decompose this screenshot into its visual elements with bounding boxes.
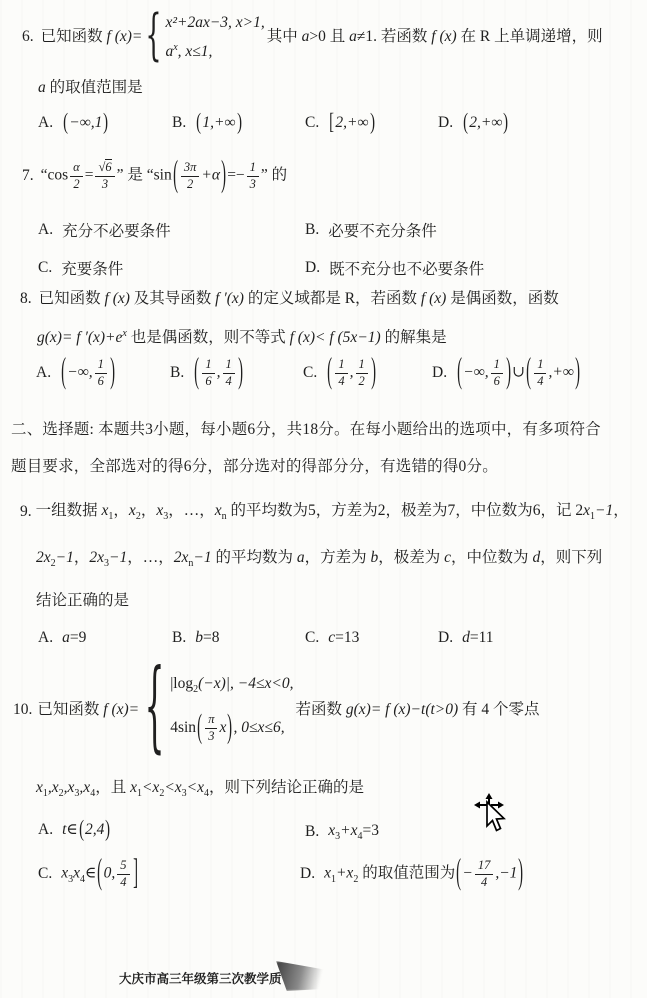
math-token: f (x)= bbox=[103, 701, 139, 718]
math-token: −1 bbox=[109, 549, 127, 566]
option-text: 必要不充分条件 bbox=[328, 219, 437, 241]
math-token: 的平均数为5，方差为2，极差为7，中位数为6，记 2 bbox=[227, 502, 584, 519]
math-token: ， bbox=[141, 502, 157, 519]
question-6-intro: 已知函数 f (x)= bbox=[41, 27, 143, 47]
math-token: ) bbox=[371, 352, 376, 393]
math-token: 的定义域都是 R，若函数 bbox=[244, 290, 421, 307]
math-token: x bbox=[215, 502, 222, 519]
option-label: C. bbox=[305, 629, 319, 647]
math-token: ( bbox=[526, 352, 531, 393]
q9-option-c: C. c=13 bbox=[305, 629, 359, 647]
math-token: , bbox=[350, 364, 354, 381]
question-9-number: 9. bbox=[20, 502, 32, 522]
math-token: ” 的 bbox=[261, 167, 287, 184]
math-token: 的取值范围为 bbox=[358, 865, 455, 882]
math-token: ，…， bbox=[127, 549, 174, 566]
math-token: ( bbox=[197, 678, 202, 779]
math-token: f ′(x) bbox=[215, 290, 244, 307]
math-token: 2x bbox=[174, 549, 189, 566]
math-token: [ bbox=[329, 110, 334, 137]
math-token: 14 bbox=[534, 357, 546, 389]
math-token: =3 bbox=[362, 822, 379, 839]
math-token: f (x)< f (5x−1) bbox=[290, 329, 381, 346]
option-value: x3+x4=3 bbox=[328, 822, 379, 842]
math-token: −1 bbox=[595, 502, 613, 519]
option-value: (16,14) bbox=[193, 357, 244, 389]
math-token: ，中位数为 bbox=[451, 549, 532, 566]
math-token: 174 bbox=[475, 858, 494, 890]
question-10-cases: |log2(−x)|, −4≤x<0, 4sin(π3x), 0≤x≤6, bbox=[170, 669, 293, 752]
math-token: 也是偶函数，则不等式 bbox=[127, 329, 290, 346]
question-9-line-1: 9. 一组数据 x1，x2，x3，…，xn 的平均数为5，方差为2，极差为7，中… bbox=[20, 501, 629, 523]
math-token: b bbox=[195, 629, 203, 646]
question-7-line: 7. “cosα2=√63” 是 “sin(3π2+α)=−13” 的 bbox=[22, 160, 287, 192]
math-token: <x bbox=[187, 779, 204, 796]
math-token: ， bbox=[113, 502, 129, 519]
math-token: 16 bbox=[95, 357, 107, 389]
question-9-line-2: 2x2−1，2x3−1，…，2xn−1 的平均数为 a，方差为 b，极差为 c，… bbox=[36, 548, 602, 570]
math-token: (−x)|, −4≤x<0, bbox=[198, 675, 293, 692]
math-token: 在 R 上单调递增，则 bbox=[457, 28, 603, 45]
math-token: 2,+∞ bbox=[335, 114, 368, 131]
math-token: 14 bbox=[335, 357, 347, 389]
math-token: <x bbox=[164, 779, 181, 796]
math-token: x bbox=[36, 779, 43, 796]
math-token: ( bbox=[463, 110, 468, 137]
option-value: (−∞,16) bbox=[60, 357, 116, 389]
math-token: ) bbox=[221, 152, 226, 201]
question-6-line-1: 6. 已知函数 f (x)= { x²+2ax−3, x>1, ax, x≤1,… bbox=[22, 10, 603, 64]
math-token: +α bbox=[201, 167, 220, 184]
math-token: ) bbox=[104, 110, 109, 137]
math-token: , x≤1, bbox=[178, 43, 213, 60]
option-label: D. bbox=[300, 865, 315, 883]
math-token: ， bbox=[613, 502, 629, 519]
math-token: 2x bbox=[36, 549, 51, 566]
q6-option-c: C. [2,+∞) bbox=[305, 114, 376, 132]
math-token: ( bbox=[194, 352, 199, 393]
option-label: B. bbox=[170, 364, 184, 382]
math-token: 及其导函数 bbox=[130, 290, 215, 307]
math-token: ) bbox=[575, 352, 580, 393]
math-token: ，极差为 bbox=[378, 549, 444, 566]
math-token: −∞, bbox=[463, 364, 488, 381]
option-text: 充分不必要条件 bbox=[62, 219, 171, 241]
math-token: ，则下列结论正确的是 bbox=[209, 779, 364, 796]
math-token: −∞,1 bbox=[69, 114, 102, 131]
question-6-piecewise: { x²+2ax−3, x>1, ax, x≤1, bbox=[144, 10, 264, 64]
option-value: (2,+∞) bbox=[462, 114, 509, 132]
math-token: ，…， bbox=[168, 502, 215, 519]
question-10-line-1: 10. 已知函数 f (x)= { |log2(−x)|, −4≤x<0, 4s… bbox=[13, 658, 540, 762]
math-token: x bbox=[130, 779, 137, 796]
q8-option-c: C. (14,12) bbox=[303, 357, 377, 389]
math-token: =8 bbox=[203, 629, 220, 646]
option-value: (−∞,1) bbox=[62, 114, 109, 132]
math-token: a bbox=[62, 629, 70, 646]
question-7-number: 7. bbox=[22, 166, 34, 186]
option-label: C. bbox=[38, 259, 52, 277]
option-label: D. bbox=[432, 364, 447, 382]
q6-option-a: A. (−∞,1) bbox=[38, 114, 110, 132]
q8-option-a: A. (−∞,16) bbox=[36, 357, 116, 389]
math-token: ( bbox=[457, 352, 462, 393]
option-value: (−∞,16)∪(14,+∞) bbox=[456, 357, 581, 389]
math-token: ] bbox=[133, 853, 138, 894]
math-token: 12 bbox=[356, 357, 368, 389]
math-token: <x bbox=[142, 779, 159, 796]
math-token: ) bbox=[504, 110, 509, 137]
math-token: t∈ bbox=[62, 821, 78, 838]
math-token: ” 是 “sin bbox=[117, 167, 172, 184]
math-token: ) bbox=[110, 352, 115, 393]
math-token: ，则下列 bbox=[540, 549, 602, 566]
option-label: B. bbox=[305, 221, 319, 239]
option-value: (14,12) bbox=[326, 357, 377, 389]
math-token: ( bbox=[196, 110, 201, 137]
math-token: 的取值范围是 bbox=[46, 79, 143, 96]
exam-page: 6. 已知函数 f (x)= { x²+2ax−3, x>1, ax, x≤1,… bbox=[0, 0, 647, 998]
q7-option-a: A. 充分不必要条件 bbox=[38, 219, 171, 241]
question-10-piecewise: { |log2(−x)|, −4≤x<0, 4sin(π3x), 0≤x≤6, bbox=[141, 669, 293, 752]
q7-option-d: D. 既不充分也不必要条件 bbox=[305, 257, 484, 279]
math-token: 13 bbox=[247, 160, 259, 192]
option-label: A. bbox=[36, 364, 51, 382]
math-token: ) bbox=[237, 110, 242, 137]
q7-option-b: B. 必要不充分条件 bbox=[305, 219, 437, 241]
q10-option-a: A. t∈(2,4) bbox=[38, 820, 112, 839]
math-token: f (x) bbox=[105, 290, 130, 307]
math-token: 的解集是 bbox=[381, 329, 447, 346]
math-token: ( bbox=[79, 817, 84, 844]
math-token: ( bbox=[63, 110, 68, 137]
math-token: f (x)= bbox=[107, 28, 143, 45]
option-label: B. bbox=[172, 629, 186, 647]
option-label: B. bbox=[305, 823, 319, 841]
math-token: ∈ bbox=[85, 865, 96, 882]
question-6-line-2: a 的取值范围是 bbox=[38, 78, 143, 98]
math-token: ,+∞ bbox=[548, 364, 573, 381]
math-token: >0 且 bbox=[309, 28, 349, 45]
math-token: 54 bbox=[117, 858, 129, 890]
option-value: a=9 bbox=[62, 629, 86, 647]
question-7-statement: “cosα2=√63” 是 “sin(3π2+α)=−13” 的 bbox=[41, 160, 288, 192]
math-token: =− bbox=[227, 167, 244, 184]
question-8-statement-1: 已知函数 f (x) 及其导函数 f ′(x) 的定义域都是 R，若函数 f (… bbox=[39, 289, 559, 309]
page-footer: 大庆市高三年级第三次教学质 bbox=[119, 969, 282, 987]
math-token: x bbox=[73, 865, 80, 882]
option-label: A. bbox=[38, 114, 53, 132]
math-token: ,x bbox=[64, 779, 75, 796]
math-token: d bbox=[462, 629, 470, 646]
option-text: 充要条件 bbox=[61, 257, 123, 279]
math-token: g(x)= f (x)−t(t>0) bbox=[346, 701, 458, 718]
math-token: −1 bbox=[193, 549, 211, 566]
question-10-intro: 已知函数 f (x)= bbox=[37, 700, 139, 720]
math-token: a bbox=[297, 549, 305, 566]
math-token: x bbox=[324, 865, 331, 882]
question-6-condition: 其中 a>0 且 a≠1. 若函数 f (x) 在 R 上单调递增，则 bbox=[267, 27, 603, 47]
question-6-line-2-text: a 的取值范围是 bbox=[38, 79, 143, 96]
math-token: 已知函数 bbox=[37, 701, 103, 718]
option-value: c=13 bbox=[328, 629, 359, 647]
math-token: =9 bbox=[70, 629, 87, 646]
page-curl-shadow bbox=[276, 961, 330, 991]
math-token: ，且 bbox=[95, 779, 130, 796]
math-token: ) bbox=[519, 853, 524, 894]
math-token: +x bbox=[336, 865, 353, 882]
question-10-statement-2: x1,x2,x3,x4，且 x1<x2<x3<x4，则下列结论正确的是 bbox=[36, 779, 364, 796]
option-value: (1,+∞) bbox=[195, 114, 242, 132]
q8-option-d: D. (−∞,16)∪(14,+∞) bbox=[432, 357, 581, 389]
section-2-header-line-2: 题目要求，全部选对的得6分，部分选对的得部分分，有选错的得0分。 bbox=[11, 454, 498, 476]
option-label: D. bbox=[438, 629, 453, 647]
math-token: f (x) bbox=[421, 290, 446, 307]
math-token: ) bbox=[506, 352, 511, 393]
math-token: ) bbox=[106, 817, 111, 844]
question-8-number: 8. bbox=[20, 289, 32, 309]
math-token: ， bbox=[74, 549, 90, 566]
option-label: A. bbox=[38, 821, 53, 839]
math-token: −1 bbox=[56, 549, 74, 566]
math-token: ) bbox=[238, 352, 243, 393]
question-9-statement-1: 一组数据 x1，x2，x3，…，xn 的平均数为5，方差为2，极差为7，中位数为… bbox=[36, 501, 629, 523]
math-token: ( bbox=[98, 853, 103, 894]
math-token: π3 bbox=[205, 712, 217, 744]
math-token: ,x bbox=[79, 779, 90, 796]
option-value: d=11 bbox=[462, 629, 493, 647]
math-token: α2 bbox=[70, 160, 83, 192]
option-label: B. bbox=[172, 114, 186, 132]
math-token: 一组数据 bbox=[36, 502, 102, 519]
q9-option-b: B. b=8 bbox=[172, 629, 219, 647]
option-label: A. bbox=[38, 629, 53, 647]
q10-option-c: C. x3x4∈(0,54] bbox=[38, 858, 139, 890]
q9-option-d: D. d=11 bbox=[438, 629, 494, 647]
math-token: |log bbox=[170, 675, 193, 692]
q7-option-c: C. 充要条件 bbox=[38, 257, 123, 279]
question-9-line-3: 结论正确的是 bbox=[36, 591, 129, 611]
math-token: 16 bbox=[202, 357, 214, 389]
q8-option-b: B. (16,14) bbox=[170, 357, 244, 389]
option-value: x3x4∈(0,54] bbox=[61, 858, 138, 890]
question-6-number: 6. bbox=[22, 27, 34, 47]
math-token: ) bbox=[228, 678, 233, 779]
math-token: 已知函数 bbox=[39, 290, 105, 307]
math-token: 是偶函数，函数 bbox=[446, 290, 558, 307]
question-6-cases: x²+2ax−3, x>1, ax, x≤1, bbox=[165, 10, 264, 64]
option-label: D. bbox=[305, 259, 320, 277]
question-10-condition: 若函数 g(x)= f (x)−t(t>0) 有 4 个零点 bbox=[295, 700, 539, 720]
math-token: x bbox=[583, 502, 590, 519]
question-9-statement-2: 2x2−1，2x3−1，…，2xn−1 的平均数为 a，方差为 b，极差为 c，… bbox=[36, 549, 602, 566]
mouse-cursor bbox=[470, 791, 516, 839]
math-token: ,x bbox=[48, 779, 59, 796]
math-token: 有 4 个零点 bbox=[458, 701, 539, 718]
q10-option-b: B. x3+x4=3 bbox=[305, 822, 379, 842]
question-10-number: 10. bbox=[13, 700, 32, 720]
option-label: C. bbox=[38, 865, 52, 883]
math-token: ( bbox=[456, 853, 461, 894]
math-token: 2,+∞ bbox=[469, 114, 502, 131]
question-8-statement-2: g(x)= f ′(x)+ex 也是偶函数，则不等式 f (x)< f (5x−… bbox=[37, 329, 447, 346]
question-10-line-2: x1,x2,x3,x4，且 x1<x2<x3<x4，则下列结论正确的是 bbox=[36, 778, 364, 800]
math-token: 16 bbox=[491, 357, 503, 389]
math-token: 14 bbox=[223, 357, 235, 389]
math-token: x bbox=[219, 719, 226, 736]
left-brace: { bbox=[146, 9, 162, 65]
option-text: 既不充分也不必要条件 bbox=[329, 257, 484, 279]
question-6-case-2: ax, x≤1, bbox=[165, 35, 264, 64]
math-token: ，方差为 bbox=[305, 549, 371, 566]
math-token: −∞, bbox=[67, 364, 92, 381]
option-value: b=8 bbox=[195, 629, 219, 647]
math-token: +x bbox=[340, 822, 357, 839]
math-token: √63 bbox=[95, 160, 114, 192]
question-8-line-2: g(x)= f ′(x)+ex 也是偶函数，则不等式 f (x)< f (5x−… bbox=[37, 327, 447, 349]
math-token: 2x bbox=[89, 549, 104, 566]
q9-option-a: A. a=9 bbox=[38, 629, 86, 647]
math-token: 的平均数为 bbox=[212, 549, 297, 566]
math-token: ∪ bbox=[512, 364, 525, 381]
math-token: c bbox=[444, 549, 451, 566]
math-token: − bbox=[462, 865, 472, 882]
math-token: g(x)= f ′(x)+e bbox=[37, 329, 122, 346]
option-value: [2,+∞) bbox=[328, 114, 375, 132]
math-token: =13 bbox=[335, 629, 359, 646]
math-token: f (x) bbox=[431, 28, 456, 45]
question-10-case-2: 4sin(π3x), 0≤x≤6, bbox=[170, 705, 293, 751]
math-token: =11 bbox=[470, 629, 494, 646]
math-token: 1,+∞ bbox=[202, 114, 235, 131]
math-token: 若函数 bbox=[295, 701, 345, 718]
option-label: C. bbox=[305, 114, 319, 132]
math-token: x²+2ax−3, x>1, bbox=[165, 14, 264, 31]
q6-option-b: B. (1,+∞) bbox=[172, 114, 243, 132]
option-value: t∈(2,4) bbox=[62, 820, 112, 839]
option-label: C. bbox=[303, 364, 317, 382]
q6-option-d: D. (2,+∞) bbox=[438, 114, 510, 132]
math-token: ( bbox=[61, 352, 66, 393]
math-token: x bbox=[129, 502, 136, 519]
math-token: 2,4 bbox=[85, 821, 104, 838]
math-token: a bbox=[349, 28, 357, 45]
math-token: 0, bbox=[104, 865, 116, 882]
math-token: a bbox=[38, 79, 46, 96]
math-token: “cos bbox=[41, 167, 69, 184]
math-token: 其中 bbox=[267, 28, 302, 45]
option-label: D. bbox=[438, 114, 453, 132]
option-value: x1+x2 的取值范围为(−174,−1) bbox=[324, 858, 525, 890]
math-token: , bbox=[217, 364, 221, 381]
math-token: ( bbox=[173, 152, 178, 201]
math-token: ) bbox=[370, 110, 375, 137]
math-token: ≠1. 若函数 bbox=[357, 28, 431, 45]
math-token: ( bbox=[327, 352, 332, 393]
section-2-header-line-1: 二、选择题: 本题共3小题，每小题6分，共18分。在每小题给出的选项中，有多项符… bbox=[11, 417, 601, 439]
question-8-line-1: 8. 已知函数 f (x) 及其导函数 f ′(x) 的定义域都是 R，若函数 … bbox=[20, 289, 559, 309]
question-6-case-1: x²+2ax−3, x>1, bbox=[165, 10, 264, 35]
math-token: = bbox=[85, 167, 94, 184]
math-token: 3π2 bbox=[181, 160, 200, 192]
math-token: 4sin bbox=[170, 719, 196, 736]
math-token: , 0≤x≤6, bbox=[234, 719, 285, 736]
option-label: A. bbox=[38, 221, 53, 239]
math-token: ,−1 bbox=[495, 865, 517, 882]
left-brace: { bbox=[145, 661, 165, 760]
q10-option-d: D. x1+x2 的取值范围为(−174,−1) bbox=[300, 858, 525, 890]
math-token: 已知函数 bbox=[41, 28, 107, 45]
